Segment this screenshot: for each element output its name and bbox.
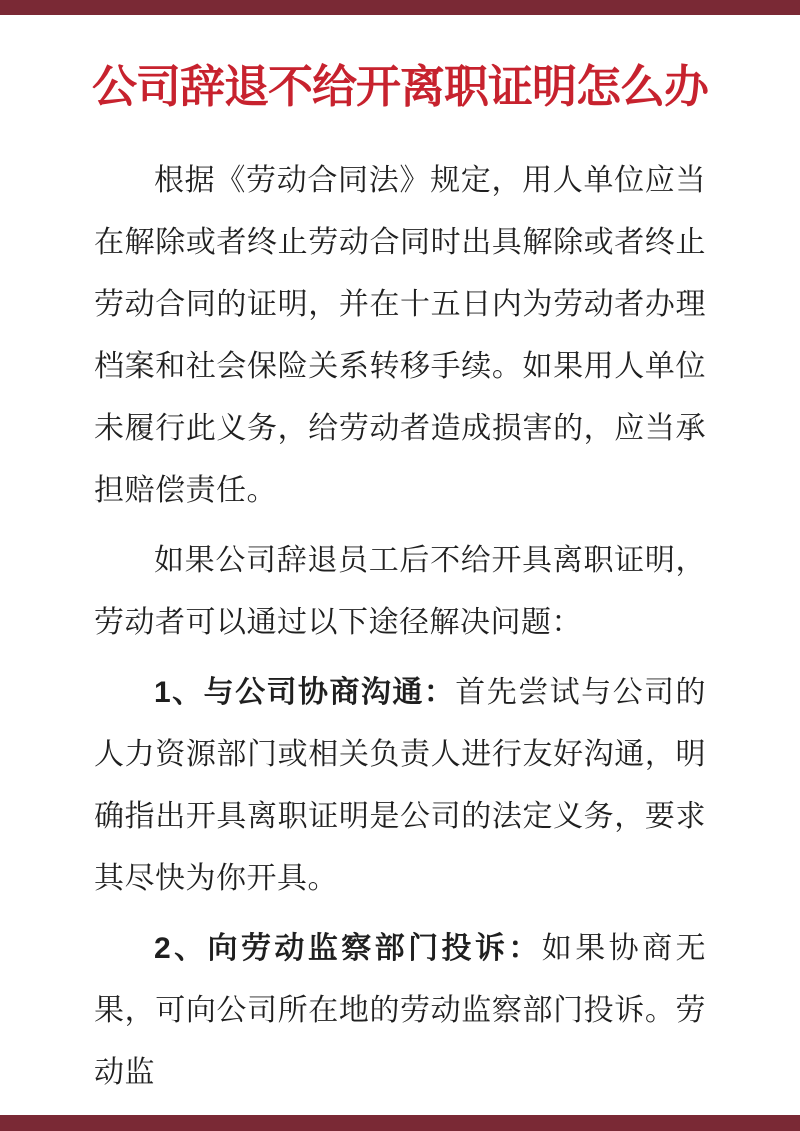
paragraph-lead: 2、向劳动监察部门投诉： [154,932,542,965]
paragraph-text: 如果公司辞退员工后不给开具离职证明，劳动者可以通过以下途径解决问题： [94,544,706,639]
paragraph-step-1: 1、与公司协商沟通：首先尝试与公司的人力资源部门或相关负责人进行友好沟通，明确指… [94,662,706,910]
paragraph-text: 根据《劳动合同法》规定，用人单位应当在解除或者终止劳动合同时出具解除或者终止劳动… [94,164,706,507]
paragraph-intro-solutions: 如果公司辞退员工后不给开具离职证明，劳动者可以通过以下途径解决问题： [94,530,706,654]
paragraph-legal-basis: 根据《劳动合同法》规定，用人单位应当在解除或者终止劳动合同时出具解除或者终止劳动… [94,150,706,522]
page-title: 公司辞退不给开离职证明怎么办 [40,62,760,112]
article-body: 根据《劳动合同法》规定，用人单位应当在解除或者终止劳动合同时出具解除或者终止劳动… [0,150,800,1104]
paragraph-lead: 1、与公司协商沟通： [154,676,455,709]
paragraph-step-2: 2、向劳动监察部门投诉：如果协商无果，可向公司所在地的劳动监察部门投诉。劳动监 [94,918,706,1104]
document-page: 公司辞退不给开离职证明怎么办 根据《劳动合同法》规定，用人单位应当在解除或者终止… [0,0,800,1131]
top-border-bar [0,0,800,15]
bottom-border-bar [0,1115,800,1131]
